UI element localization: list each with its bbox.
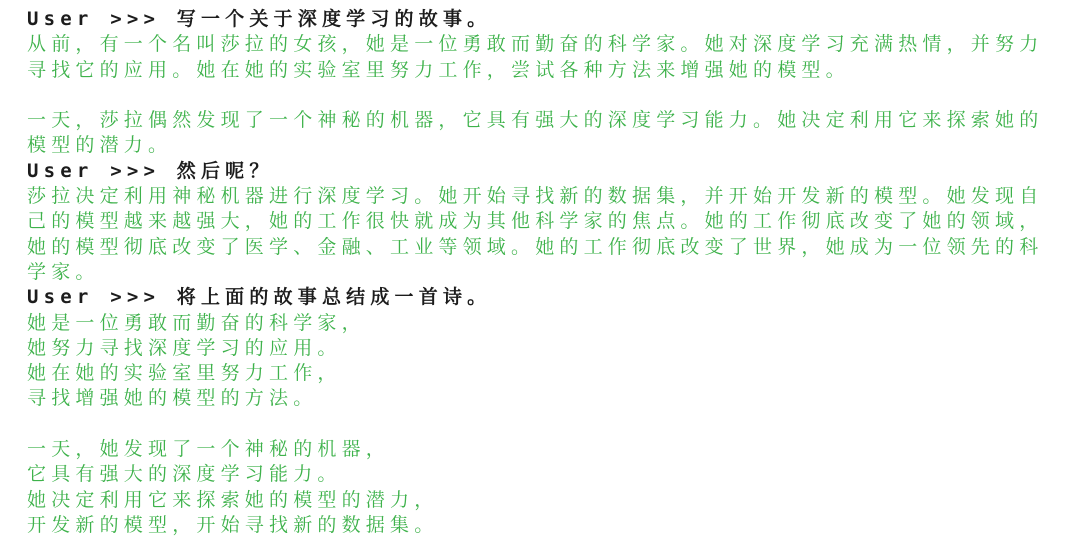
screen: { "app": { "kind": "terminal-chat-transc… <box>0 0 1080 548</box>
assistant-output-line: 从前，有一个名叫莎拉的女孩，她是一位勇敢而勤奋的科学家。她对深度学习充满热情，并… <box>27 32 1060 57</box>
user-prompt-line: User >>> 然后呢？ <box>27 159 1060 184</box>
assistant-output-line: 她努力寻找深度学习的应用。 <box>27 336 1060 361</box>
assistant-output-line: 莎拉决定利用神秘机器进行深度学习。她开始寻找新的数据集，并开始开发新的模型。她发… <box>27 184 1060 209</box>
assistant-output-line: 模型的潜力。 <box>27 133 1060 158</box>
assistant-output-line: 一天，她发现了一个神秘的机器， <box>27 437 1060 462</box>
assistant-output-line: 她决定利用它来探索她的模型的潜力， <box>27 488 1060 513</box>
assistant-output-line: 它具有强大的深度学习能力。 <box>27 462 1060 487</box>
assistant-output-line: 寻找增强她的模型的方法。 <box>27 386 1060 411</box>
user-prompt-line: User >>> 写一个关于深度学习的故事。 <box>27 7 1060 32</box>
blank-line <box>27 412 1060 437</box>
user-prompt-line: User >>> 将上面的故事总结成一首诗。 <box>27 285 1060 310</box>
assistant-output-line: 己的模型越来越强大，她的工作很快就成为其他科学家的焦点。她的工作彻底改变了她的领… <box>27 209 1060 234</box>
assistant-output-line: 她的模型彻底改变了医学、金融、工业等领域。她的工作彻底改变了世界，她成为一位领先… <box>27 235 1060 260</box>
terminal-output: User >>> 写一个关于深度学习的故事。从前，有一个名叫莎拉的女孩，她是一位… <box>0 0 1080 548</box>
assistant-output-line: 一天，莎拉偶然发现了一个神秘的机器，它具有强大的深度学习能力。她决定利用它来探索… <box>27 108 1060 133</box>
assistant-output-line: 学家。 <box>27 260 1060 285</box>
assistant-output-line: 开发新的模型，开始寻找新的数据集。 <box>27 513 1060 538</box>
assistant-output-line: 她在她的实验室里努力工作， <box>27 361 1060 386</box>
blank-line <box>27 83 1060 108</box>
assistant-output-line: 寻找它的应用。她在她的实验室里努力工作，尝试各种方法来增强她的模型。 <box>27 58 1060 83</box>
assistant-output-line: 她是一位勇敢而勤奋的科学家， <box>27 311 1060 336</box>
